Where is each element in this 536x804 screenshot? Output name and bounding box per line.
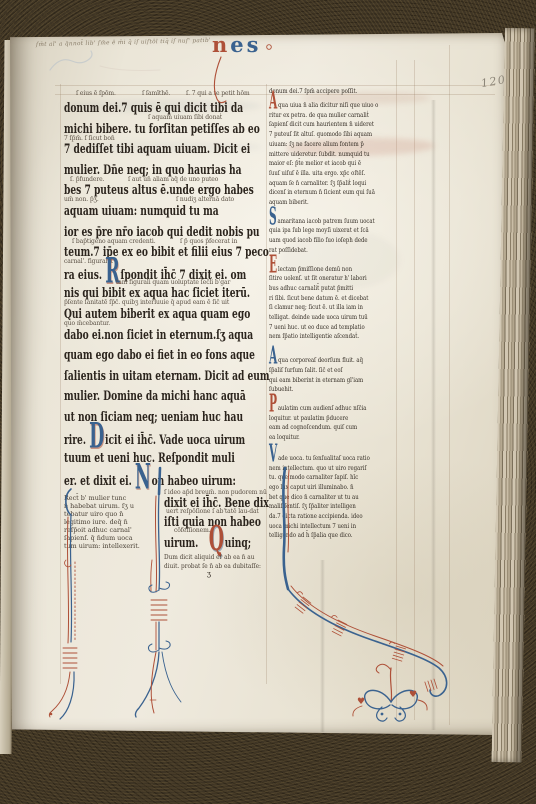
paragraph-initial: V	[269, 448, 277, 463]
ruling-line	[414, 60, 415, 720]
gloss-text-line: tu. que modo carnaliter ſapiſ. hīc	[269, 473, 372, 483]
gloss-text-line: Electam p̄miſſione demū non	[269, 264, 372, 275]
main-text: rire. Dicit ei ih̄c̄. Vade uoca uirum	[64, 429, 205, 452]
running-title: nes	[212, 33, 261, 57]
gloss-text-line: maior eſ: p̄t̄e melior et iacob qui ē	[269, 159, 372, 169]
margin-gloss-block: Rect̄ b' mulier tuncn̄ habebat uirum. ſʒ…	[64, 494, 158, 579]
text-line: rire. Dicit ei ih̄c̄. Vade uoca uirum	[64, 429, 266, 450]
paragraph-initial: A	[269, 350, 277, 365]
interlinear-gloss: ſ ſamīthē.	[142, 91, 170, 98]
text-line: ſ eius ē ſpōm.ſ ſamīthē.ſ. 7 qui a te pe…	[64, 90, 266, 99]
gloss-text-line: ſubuehit.	[269, 385, 372, 395]
text-line: um̄ non. p̄ʒ.ſ nudiʒ alternā datoaquam u…	[64, 202, 266, 223]
gloss-text-line: ſapienſ dicit cum haurientem n̄ uideret	[269, 120, 372, 130]
ruling-line	[396, 60, 397, 720]
text-line: quo m̄cebantur.dabo ei.non ſiciet in ete…	[64, 326, 266, 347]
gloss-paragraph: Aqua corporeaſ deorſum fluit. aq̄ſp̄aliſ…	[269, 355, 395, 395]
decorated-initial: D	[89, 426, 104, 446]
main-text: aquam uiuam: numquid tu ma	[64, 202, 205, 223]
paragraph-initial: E	[269, 259, 277, 274]
decorated-initial: N	[135, 467, 151, 487]
gloss-text-line: Aqua corporeaſ deorſum fluit. aq̄	[269, 355, 372, 366]
gloss-line: Dum dicit aliquid eṙ ab ea n̄ au	[164, 553, 299, 562]
gloss-text-line: eam ad cognoſcendum. quiſ cum	[269, 423, 372, 433]
gloss-text-line: telligendo ad h̄ ſp̄alia que dico.	[269, 531, 372, 541]
gloss-text-line: maliſ ſentiſ. ſʒ ſp̄aliter intelligen	[269, 502, 372, 512]
gloss-text-line: Paulatim cum audienſ adhuc nſc̄ia	[269, 403, 372, 414]
main-text: quam ego dabo ei fiet in eo fons aque	[64, 346, 205, 367]
tail-mark: ʒ	[164, 570, 254, 579]
text-line: mulier. Domine da michi hanc aquā	[64, 387, 266, 408]
main-text: ſalientis in uitam eternam. Dicit ad eum	[64, 367, 205, 388]
decorated-initial: R	[105, 261, 120, 281]
ruling-line	[60, 84, 61, 684]
gloss-text-line: uiuam: ſʒ ne facere alium fontem p̄	[269, 140, 372, 150]
gloss-text-line: Samaritana iacob patrem ſuum uocat	[269, 216, 372, 227]
gloss-top-line: donum dei.7 ſpm̄ accipere poſſit.	[269, 86, 372, 97]
margin-gloss-line: tebatur uiro quo n̄	[64, 510, 158, 518]
gloss-text-line: 7 puteuſ ſit altuſ. quomodo ſibi aquam	[269, 130, 372, 140]
text-line: ſalientis in uitam eternam. Dicit ad eum	[64, 367, 266, 388]
gloss-text-line: ea loquitur.	[269, 433, 372, 443]
margin-gloss-line: legitimo iure. deq̄ n̄	[64, 518, 158, 526]
gloss-text-line: mittere uideretur. ſubdit. numquid tu	[269, 150, 372, 160]
gloss-text-line: aquam biberit.	[269, 198, 372, 208]
paragraph-initial: S	[269, 211, 277, 226]
gloss-text-line: telligat. deinde uade uoca uirum tuū	[269, 313, 372, 323]
gloss-text-line: ſi clamur neq; ſicut ē. ut illa iam in	[269, 303, 372, 313]
margin-gloss-line: reſp̄oit adhuc carnal'	[64, 526, 158, 534]
left-column-rows: ſ eius ē ſpōm.ſ ſamīthē.ſ. 7 qui a te pe…	[64, 90, 266, 490]
gloss-paragraph: Samaritana iacob patrem ſuum uocatquia i…	[269, 216, 395, 256]
text-line: 7 ſp̄m̄. ſ ſicut bon̄7 dediſſet tibi aqu…	[64, 140, 266, 161]
decorated-initial: Q	[209, 530, 224, 550]
running-title-letter: n	[212, 32, 230, 57]
margin-gloss-line: tum uirum: intellexerit.	[64, 542, 158, 550]
gloss-paragraph: Paulatim cum audienſ adhuc nſc̄ialoquitu…	[269, 403, 395, 443]
gloss-text-line: nem intellectum. quo ut uiro regariſ	[269, 464, 372, 474]
interlinear-gloss: ſ eius ē ſpōm.	[76, 91, 116, 98]
gloss-paragraph: Electam p̄miſſione demū nonſitire uolenſ…	[269, 264, 395, 343]
gloss-text-line: ſuuſ uiſuſ ē illa. uita ergo. xp̄c oſtēſ…	[269, 169, 372, 179]
main-text: uirum.Quinq;	[164, 532, 269, 553]
gloss-text-line: 7 ueni huc. ut eo duce ad templatio	[269, 323, 372, 333]
gloss-text-line: rat poſſidebat.	[269, 246, 372, 256]
gloss-text-line: loquitur. ut paulatim p̄ducere	[269, 414, 372, 424]
running-title-letter: s	[247, 32, 262, 57]
main-text: mulier. Domine da michi hanc aquā	[64, 387, 205, 408]
gloss-text-line: bet que dico n̄ carnaliter ut tu au	[269, 493, 372, 503]
gloss-text-line: aquam ſe n̄ carnaliter. ſʒ ſp̄aliṫ loqui	[269, 179, 372, 189]
gloss-text-line: ego lux caput uiri illuminabo. n̄	[269, 483, 372, 493]
main-text: dabo ei.non ſiciet in eternum.ſʒ aqua	[64, 326, 205, 347]
gloss-text-line: da.7 dicta ratione accipienda. ideo	[269, 512, 372, 522]
split-section: Rect̄ b' mulier tuncn̄ habebat uirum. ſʒ…	[64, 494, 266, 579]
gloss-text-line: dicenſ in eternum n̄ ſicient eum qui ſuā	[269, 188, 372, 198]
gloss-text-line: Vade uoca. tu ſenſualitaſ uoca ratio	[269, 453, 372, 464]
text-line: tuum et ueni huc. Reſpondit muli	[64, 449, 266, 470]
main-text: ut non ſiciam neq; ueniam huc hau	[64, 408, 205, 429]
gloss-text-line: ritur ex petra. de qua mulier carnaliṫ	[269, 111, 372, 121]
gloss-text-line: uoca michi intellectum 7 ueni in	[269, 522, 372, 532]
gloss-text-line: qui eam biberint in eternam gl'iam	[269, 376, 372, 386]
margin-gloss-line: n̄ habebat uirum. ſʒ u	[64, 502, 158, 510]
page-crease	[320, 560, 325, 732]
ruling-line	[449, 45, 450, 725]
page-crease	[431, 100, 436, 730]
paragraph-initial: P	[269, 398, 277, 413]
right-gloss-column: donum dei.7 ſpm̄ accipere poſſit. Aqua u…	[269, 86, 395, 541]
gloss-text-line: nem ſp̄atio intelligentie aſcendaṫ.	[269, 332, 372, 342]
gloss-text-line: ſp̄aliſ ſurſum ſalit. ſic̄ et eoſ	[269, 366, 372, 376]
gloss-text-line: uam quod iacob filio ſuo ioſeph dede	[269, 236, 372, 246]
running-title-letter: e	[230, 32, 246, 57]
gloss-text-line: ſitire uolenſ. ut ſit oneratur h' labori	[269, 274, 372, 284]
gloss-paragraph: Vade uoca. tu ſenſualitaſ uoca rationem …	[269, 453, 395, 541]
gloss-text-line: quia ipa ſub lege moyſi uixerat et ſcā	[269, 226, 372, 236]
interlinear-gloss: ſ. 7 qui a te petit hōm	[186, 91, 250, 98]
right-column-paragraphs: Aqua uiua n̄ alia dicitur niſi que uiuo …	[269, 100, 395, 541]
gloss-line: diuit. probat ſe n̄ ab ea dubitaſſe:	[164, 562, 299, 571]
gloss-text-line: bus adhuc carnalit̄ putat p̄mitti	[269, 284, 372, 294]
tail-gloss: Dum dicit aliquid eṙ ab ea n̄ audiuit. p…	[164, 553, 314, 570]
gloss-text-line: ri ſibi. ſicut bene datum ē. et dicebat	[269, 294, 372, 304]
main-text: 7 dediſſet tibi aquam uiuam. Dicit ei	[64, 140, 205, 161]
gloss-text-line: Aqua uiua n̄ alia dicitur niſi que uiuo …	[269, 100, 372, 111]
manuscript-photo: ſm̄t al' a q̄nnot̄ lib' ſm̄e ē m̄i q̄ iſ…	[0, 0, 536, 804]
ruling-line	[266, 84, 267, 684]
paragraph-initial: A	[269, 95, 277, 110]
gloss-paragraph: Aqua uiua n̄ alia dicitur niſi que uiuo …	[269, 100, 395, 208]
left-text-column: ſ eius ē ſpōm.ſ ſamīthē.ſ. 7 qui a te pe…	[64, 90, 266, 579]
text-line: quam ego dabo ei fiet in eo fons aque	[64, 346, 266, 367]
margin-gloss-line: ſapienſ. q̄ n̄dum uoca	[64, 534, 158, 542]
text-line: er. et dixit ei. Non habeo uirum:	[64, 470, 266, 491]
